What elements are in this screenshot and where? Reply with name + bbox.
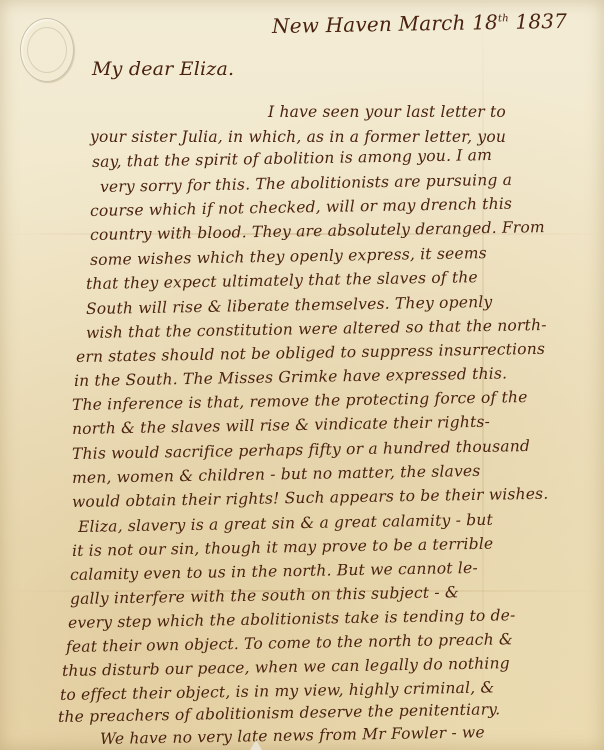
letter-line: course which if not checked, will or may… bbox=[90, 195, 512, 220]
letter-line: north & the slaves will rise & vindicate… bbox=[72, 413, 490, 438]
letter-line: gally interfere with the south on this s… bbox=[70, 583, 459, 608]
letter-line: The inference is that, remove the protec… bbox=[72, 388, 528, 414]
letter-line: that they expect ultimately that the sla… bbox=[86, 268, 478, 293]
letter-page: New Haven March 18th 1837 My dear Eliza.… bbox=[0, 0, 604, 750]
dateline: New Haven March 18th 1837 bbox=[272, 9, 568, 38]
letter-line: I have seen your last letter to bbox=[268, 103, 506, 121]
embossed-seal-inner bbox=[27, 27, 67, 73]
date-year: 1837 bbox=[515, 9, 567, 34]
letter-line: South will rise & liberate themselves. T… bbox=[86, 293, 493, 318]
date-month-day: March 18 bbox=[398, 10, 498, 36]
letter-line: the preachers of abolitionism deserve th… bbox=[58, 700, 501, 726]
letter-line: every step which the abolitionists take … bbox=[68, 606, 516, 632]
letter-line: some wishes which they openly express, i… bbox=[90, 244, 487, 269]
letter-line: would obtain their rights! Such appears … bbox=[72, 485, 549, 511]
salutation: My dear Eliza. bbox=[92, 58, 234, 80]
letter-line: ern states should not be obliged to supp… bbox=[76, 340, 545, 366]
letter-line: We have no very late news from Mr Fowler… bbox=[100, 723, 485, 748]
letter-line: calamity even to us in the north. But we… bbox=[70, 559, 478, 584]
letter-line: it is not our sin, though it may prove t… bbox=[72, 535, 494, 560]
letter-line: say, that the spirit of abolition is amo… bbox=[92, 146, 492, 171]
letter-line: in the South. The Misses Grimke have exp… bbox=[74, 364, 507, 390]
letter-line: very sorry for this. The abolitionists a… bbox=[100, 171, 512, 196]
letter-line: wish that the constitution were altered … bbox=[86, 316, 547, 342]
letter-line: country with blood. They are absolutely … bbox=[90, 218, 545, 244]
letter-line: feat their own object. To come to the no… bbox=[66, 630, 513, 656]
letter-line: to effect their object, is in my view, h… bbox=[60, 678, 495, 704]
letter-line: men, women & children - but no matter, t… bbox=[72, 462, 481, 487]
place: New Haven bbox=[272, 12, 392, 38]
letter-line: your sister Julia, in which, as in a for… bbox=[90, 128, 506, 146]
letter-line: Eliza, slavery is a great sin & a great … bbox=[78, 511, 493, 536]
letter-line: This would sacrifice perhaps fifty or a … bbox=[72, 437, 530, 463]
date-ordinal: th bbox=[498, 13, 509, 24]
embossed-seal-icon bbox=[20, 18, 74, 82]
letter-line: thus disturb our peace, when we can lega… bbox=[62, 654, 510, 680]
paper-tear bbox=[250, 740, 262, 750]
